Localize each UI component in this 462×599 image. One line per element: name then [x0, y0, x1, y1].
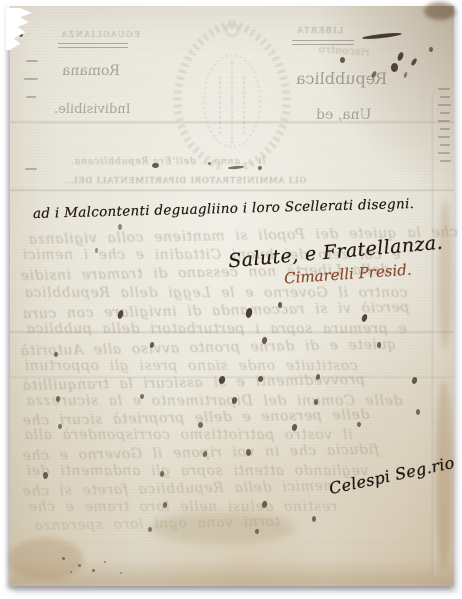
ink-spot [258, 166, 262, 170]
heading-rule [292, 40, 354, 41]
margin-mark [440, 160, 451, 162]
heading-rule [58, 43, 128, 44]
heading-rule [58, 47, 128, 48]
bleedthrough-line: vegliando attenti sopra gli andamenti de… [26, 463, 368, 479]
mirrored-title-una-ed: Una, ed [316, 107, 371, 123]
bleedthrough-line: e premura sopra i perturbatori della pub… [26, 321, 407, 337]
fold-crease [432, 95, 435, 575]
margin-mark [438, 88, 450, 90]
margin-mark [26, 60, 38, 62]
photo-frame: EGUAGLIANZA LIBERTÀ Romana Indivisibile.… [0, 0, 462, 599]
ink-spot [104, 561, 106, 563]
bleedthrough-line: contro il Governo e le Leggi della Repub… [24, 285, 408, 301]
mirrored-title-romana: Romana [62, 63, 120, 79]
fold-crease [10, 189, 454, 192]
mirrored-heading-left: EGUAGLIANZA [60, 30, 140, 39]
bleedthrough-line: restino delusi nelle loro trame e che [28, 499, 337, 515]
mirrored-title-indivisibile: Indivisibile. [54, 102, 131, 117]
margin-mark [438, 136, 450, 138]
bleedthrough-line: costituite onde siano presi gli opportun… [24, 358, 358, 374]
margin-mark [438, 104, 451, 106]
margin-mark [440, 128, 450, 130]
margin-mark [438, 152, 450, 154]
laurel-wreath-watermark-icon [162, 16, 302, 176]
mirrored-admin-line: GLI AMMINISTRATORI DIPARTIMENTALI DEL… [62, 176, 306, 186]
mirrored-heading-right: LIBERTÀ [296, 26, 343, 35]
margin-mark [24, 78, 38, 80]
bleedthrough-line: il vostro patriottismo corrisponderà all… [24, 427, 352, 443]
margin-mark [26, 96, 36, 98]
margin-mark [438, 120, 450, 122]
margin-mark [25, 168, 37, 170]
margin-mark [440, 96, 450, 98]
ink-spot [70, 571, 72, 573]
margin-mark [440, 112, 450, 114]
ink-spot [120, 572, 122, 574]
margin-mark [440, 144, 450, 146]
